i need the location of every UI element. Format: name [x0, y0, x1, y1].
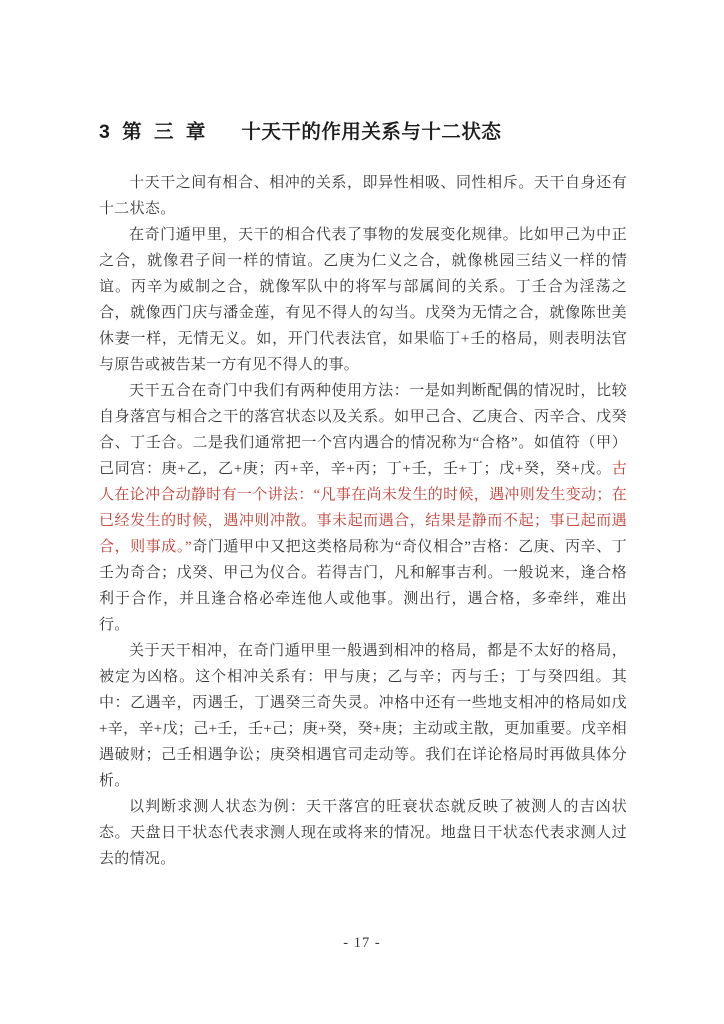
body-text-run: 关于天干相冲，在奇门遁甲里一般遇到相冲的格局，都是不太好的格局，被定为凶格。这个… — [99, 643, 627, 789]
body-text-run: 在奇门遁甲里，天干的相合代表了事物的发展变化规律。比如甲己为中正之合，就像君子间… — [99, 227, 627, 373]
document-page: 3 第 三 章 十天干的作用关系与十二状态 十天干之间有相合、相冲的关系，即异性… — [0, 0, 724, 1024]
paragraph-usage-methods: 天干五合在奇门中我们有两种使用方法：一是如判断配偶的情况时，比较自身落宫与相合之… — [99, 378, 627, 638]
text-block: 3 第 三 章 十天干的作用关系与十二状态 十天干之间有相合、相冲的关系，即异性… — [99, 118, 627, 872]
page-number: - 17 - — [0, 935, 724, 952]
document-body: 十天干之间有相合、相冲的关系，即异性相吸、同性相斥。天干自身还有十二状态。 在奇… — [99, 170, 627, 872]
body-text-run: 以判断求测人状态为例：天干落宫的旺衰状态就反映了被测人的吉凶状态。天盘日干状态代… — [99, 799, 627, 867]
paragraph-five-combinations: 在奇门遁甲里，天干的相合代表了事物的发展变化规律。比如甲己为中正之合，就像君子间… — [99, 222, 627, 378]
chapter-heading: 3 第 三 章 十天干的作用关系与十二状态 — [99, 118, 627, 146]
paragraph-clashes: 关于天干相冲，在奇门遁甲里一般遇到相冲的格局，都是不太好的格局，被定为凶格。这个… — [99, 638, 627, 794]
paragraph-intro: 十天干之间有相合、相冲的关系，即异性相吸、同性相斥。天干自身还有十二状态。 — [99, 170, 627, 222]
paragraph-example: 以判断求测人状态为例：天干落宫的旺衰状态就反映了被测人的吉凶状态。天盘日干状态代… — [99, 794, 627, 872]
body-text-run: 十天干之间有相合、相冲的关系，即异性相吸、同性相斥。天干自身还有十二状态。 — [99, 175, 627, 217]
body-text-run: 天干五合在奇门中我们有两种使用方法：一是如判断配偶的情况时，比较自身落宫与相合之… — [99, 383, 627, 477]
